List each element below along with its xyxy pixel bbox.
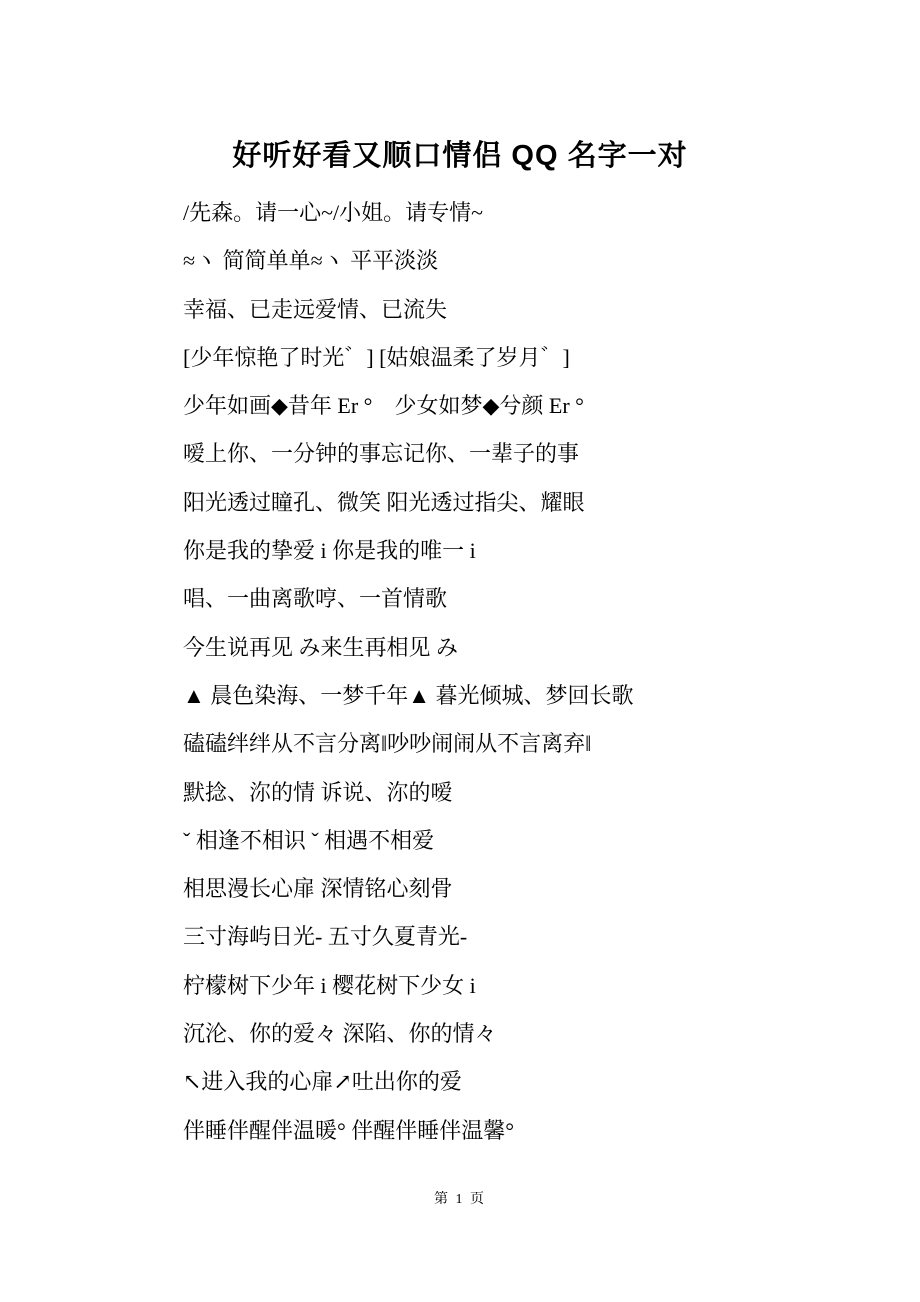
name-pair-line: 幸福、已走远爱情、已流失 (183, 286, 823, 334)
name-pair-line: ▲ 晨色染海、一梦千年▲ 暮光倾城、梦回长歌 (183, 672, 823, 720)
page-number: 第 1 页 (0, 1190, 920, 1210)
name-pair-line: 嗳上你、一分钟的事忘记你、一辈子的事 (183, 430, 823, 478)
document-page: 好听好看又顺口情侣 QQ 名字一对 /先森。请一心~/小姐。请专情~ ≈ヽ 简简… (0, 0, 920, 1302)
name-pair-line: 相思漫长心扉 深情铭心刻骨 (183, 865, 823, 913)
name-pair-line: 磕磕绊绊从不言分离‖吵吵闹闹从不言离弃‖ (183, 720, 823, 768)
name-pair-line: ˇ 相逢不相识 ˇ 相遇不相爱 (183, 817, 823, 865)
name-pair-line: 阳光透过瞳孔、微笑 阳光透过指尖、耀眼 (183, 479, 823, 527)
name-pair-line: 默捻、沵的情 诉说、沵的嗳 (183, 769, 823, 817)
name-pair-list: /先森。请一心~/小姐。请专情~ ≈ヽ 简简单单≈ヽ 平平淡淡 幸福、已走远爱情… (183, 189, 823, 1155)
document-title: 好听好看又顺口情侣 QQ 名字一对 (0, 136, 920, 176)
name-pair-line: 三寸海屿日光- 五寸久夏青光- (183, 913, 823, 961)
name-pair-line: 今生说再见 み来生再相见 み (183, 624, 823, 672)
name-pair-line: ↖进入我的心扉↗吐出你的爱 (183, 1058, 823, 1106)
name-pair-line: 唱、一曲离歌哼、一首情歌 (183, 575, 823, 623)
name-pair-line: 柠檬树下少年 i 樱花树下少女 i (183, 962, 823, 1010)
name-pair-line: /先森。请一心~/小姐。请专情~ (183, 189, 823, 237)
name-pair-line: ≈ヽ 简简单单≈ヽ 平平淡淡 (183, 237, 823, 285)
name-pair-line: 你是我的挚爱 i 你是我的唯一 i (183, 527, 823, 575)
name-pair-line: 伴睡伴醒伴温暖° 伴醒伴睡伴温馨° (183, 1107, 823, 1155)
name-pair-line: [少年惊艳了时光゛] [姑娘温柔了岁月゛] (183, 334, 823, 382)
name-pair-line: 沉沦、你的爱々 深陷、你的情々 (183, 1010, 823, 1058)
name-pair-line: 少年如画◆昔年 Er ° 少女如梦◆兮颜 Er ° (183, 382, 823, 430)
